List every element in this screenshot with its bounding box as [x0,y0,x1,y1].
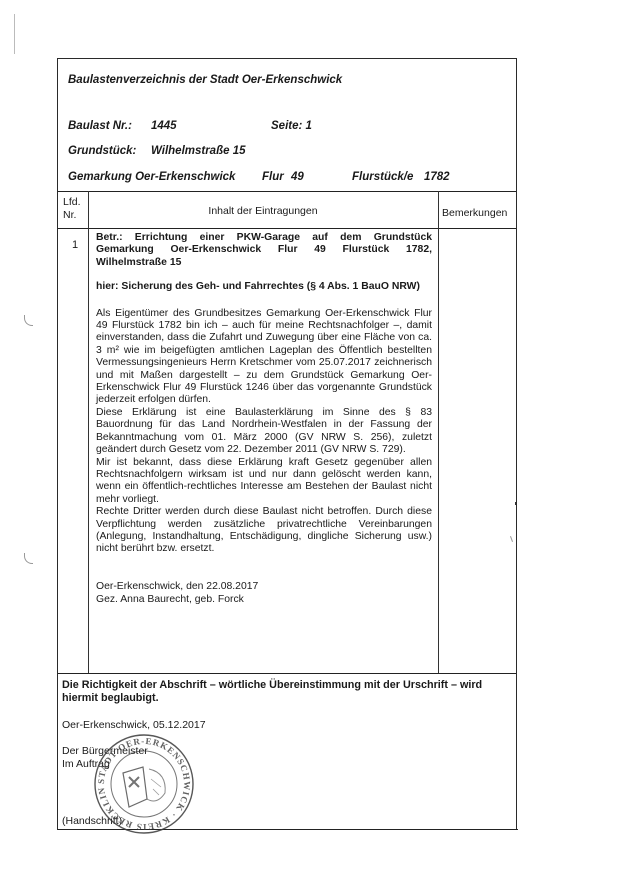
column-divider [438,191,439,673]
entry-paragraph: Diese Erklärung ist eine Baulasterklärun… [96,407,432,457]
flur-value: 49 [291,171,304,183]
flurstueck-label: Flurstück/e [352,171,413,183]
hole-punch-mark-icon [24,315,33,326]
column-header-lfd: Lfd. Nr. [63,196,81,222]
grundstueck-label: Grundstück: [68,145,136,157]
certification-statement: Die Richtigkeit der Abschrift – wörtlich… [62,679,512,705]
entry-signature: Gez. Anna Baurecht, geb. Forck [96,593,432,606]
register-title: Baulastenverzeichnis der Stadt Oer-Erken… [68,74,342,86]
entry-subject: Betr.: Errichtung einer PKW-Garage auf d… [96,232,432,269]
table-top-border [58,191,516,192]
table-bottom-border [58,673,516,674]
column-divider [88,191,89,673]
hole-punch-mark-icon [24,553,33,564]
page-number: Seite: 1 [271,120,312,132]
column-header-lfd-line1: Lfd. [63,196,81,209]
flurstueck-value: 1782 [424,171,450,183]
entry-place-date: Oer-Erkenschwick, den 22.08.2017 [96,580,432,593]
entry-number: 1 [72,239,78,251]
entry-purpose: hier: Sicherung des Geh- und Fahrrechtes… [96,281,432,293]
gemarkung: Gemarkung Oer-Erkenschwick [68,171,235,183]
entry-content: Betr.: Errichtung einer PKW-Garage auf d… [96,232,432,606]
entry-signoff: Oer-Erkenschwick, den 22.08.2017 Gez. An… [96,580,432,606]
column-header-bemerkungen: Bemerkungen [442,207,507,219]
scan-mark [14,14,16,54]
grundstueck-value: Wilhelmstraße 15 [151,145,246,157]
table-header-border [58,228,516,229]
entry-body: Als Eigentümer des Grundbesitzes Gemarku… [96,308,432,556]
baulast-label: Baulast Nr.: [68,120,132,132]
document-frame: Baulastenverzeichnis der Stadt Oer-Erken… [57,58,517,830]
certification-place-date: Oer-Erkenschwick, 05.12.2017 [62,719,206,731]
official-seal-icon: STADT OER-ERKENSCHWICK · KREIS RECKLINGH… [93,733,195,835]
entry-paragraph: Als Eigentümer des Grundbesitzes Gemarku… [96,308,432,407]
baulast-number: 1445 [151,120,177,132]
column-header-lfd-line2: Nr. [63,209,81,222]
entry-paragraph: Mir ist bekannt, dass diese Erklärung kr… [96,457,432,507]
flur-label: Flur [262,171,284,183]
column-header-inhalt: Inhalt der Eintragungen [88,205,438,217]
entry-paragraph: Rechte Dritter werden durch diese Baulas… [96,506,432,556]
